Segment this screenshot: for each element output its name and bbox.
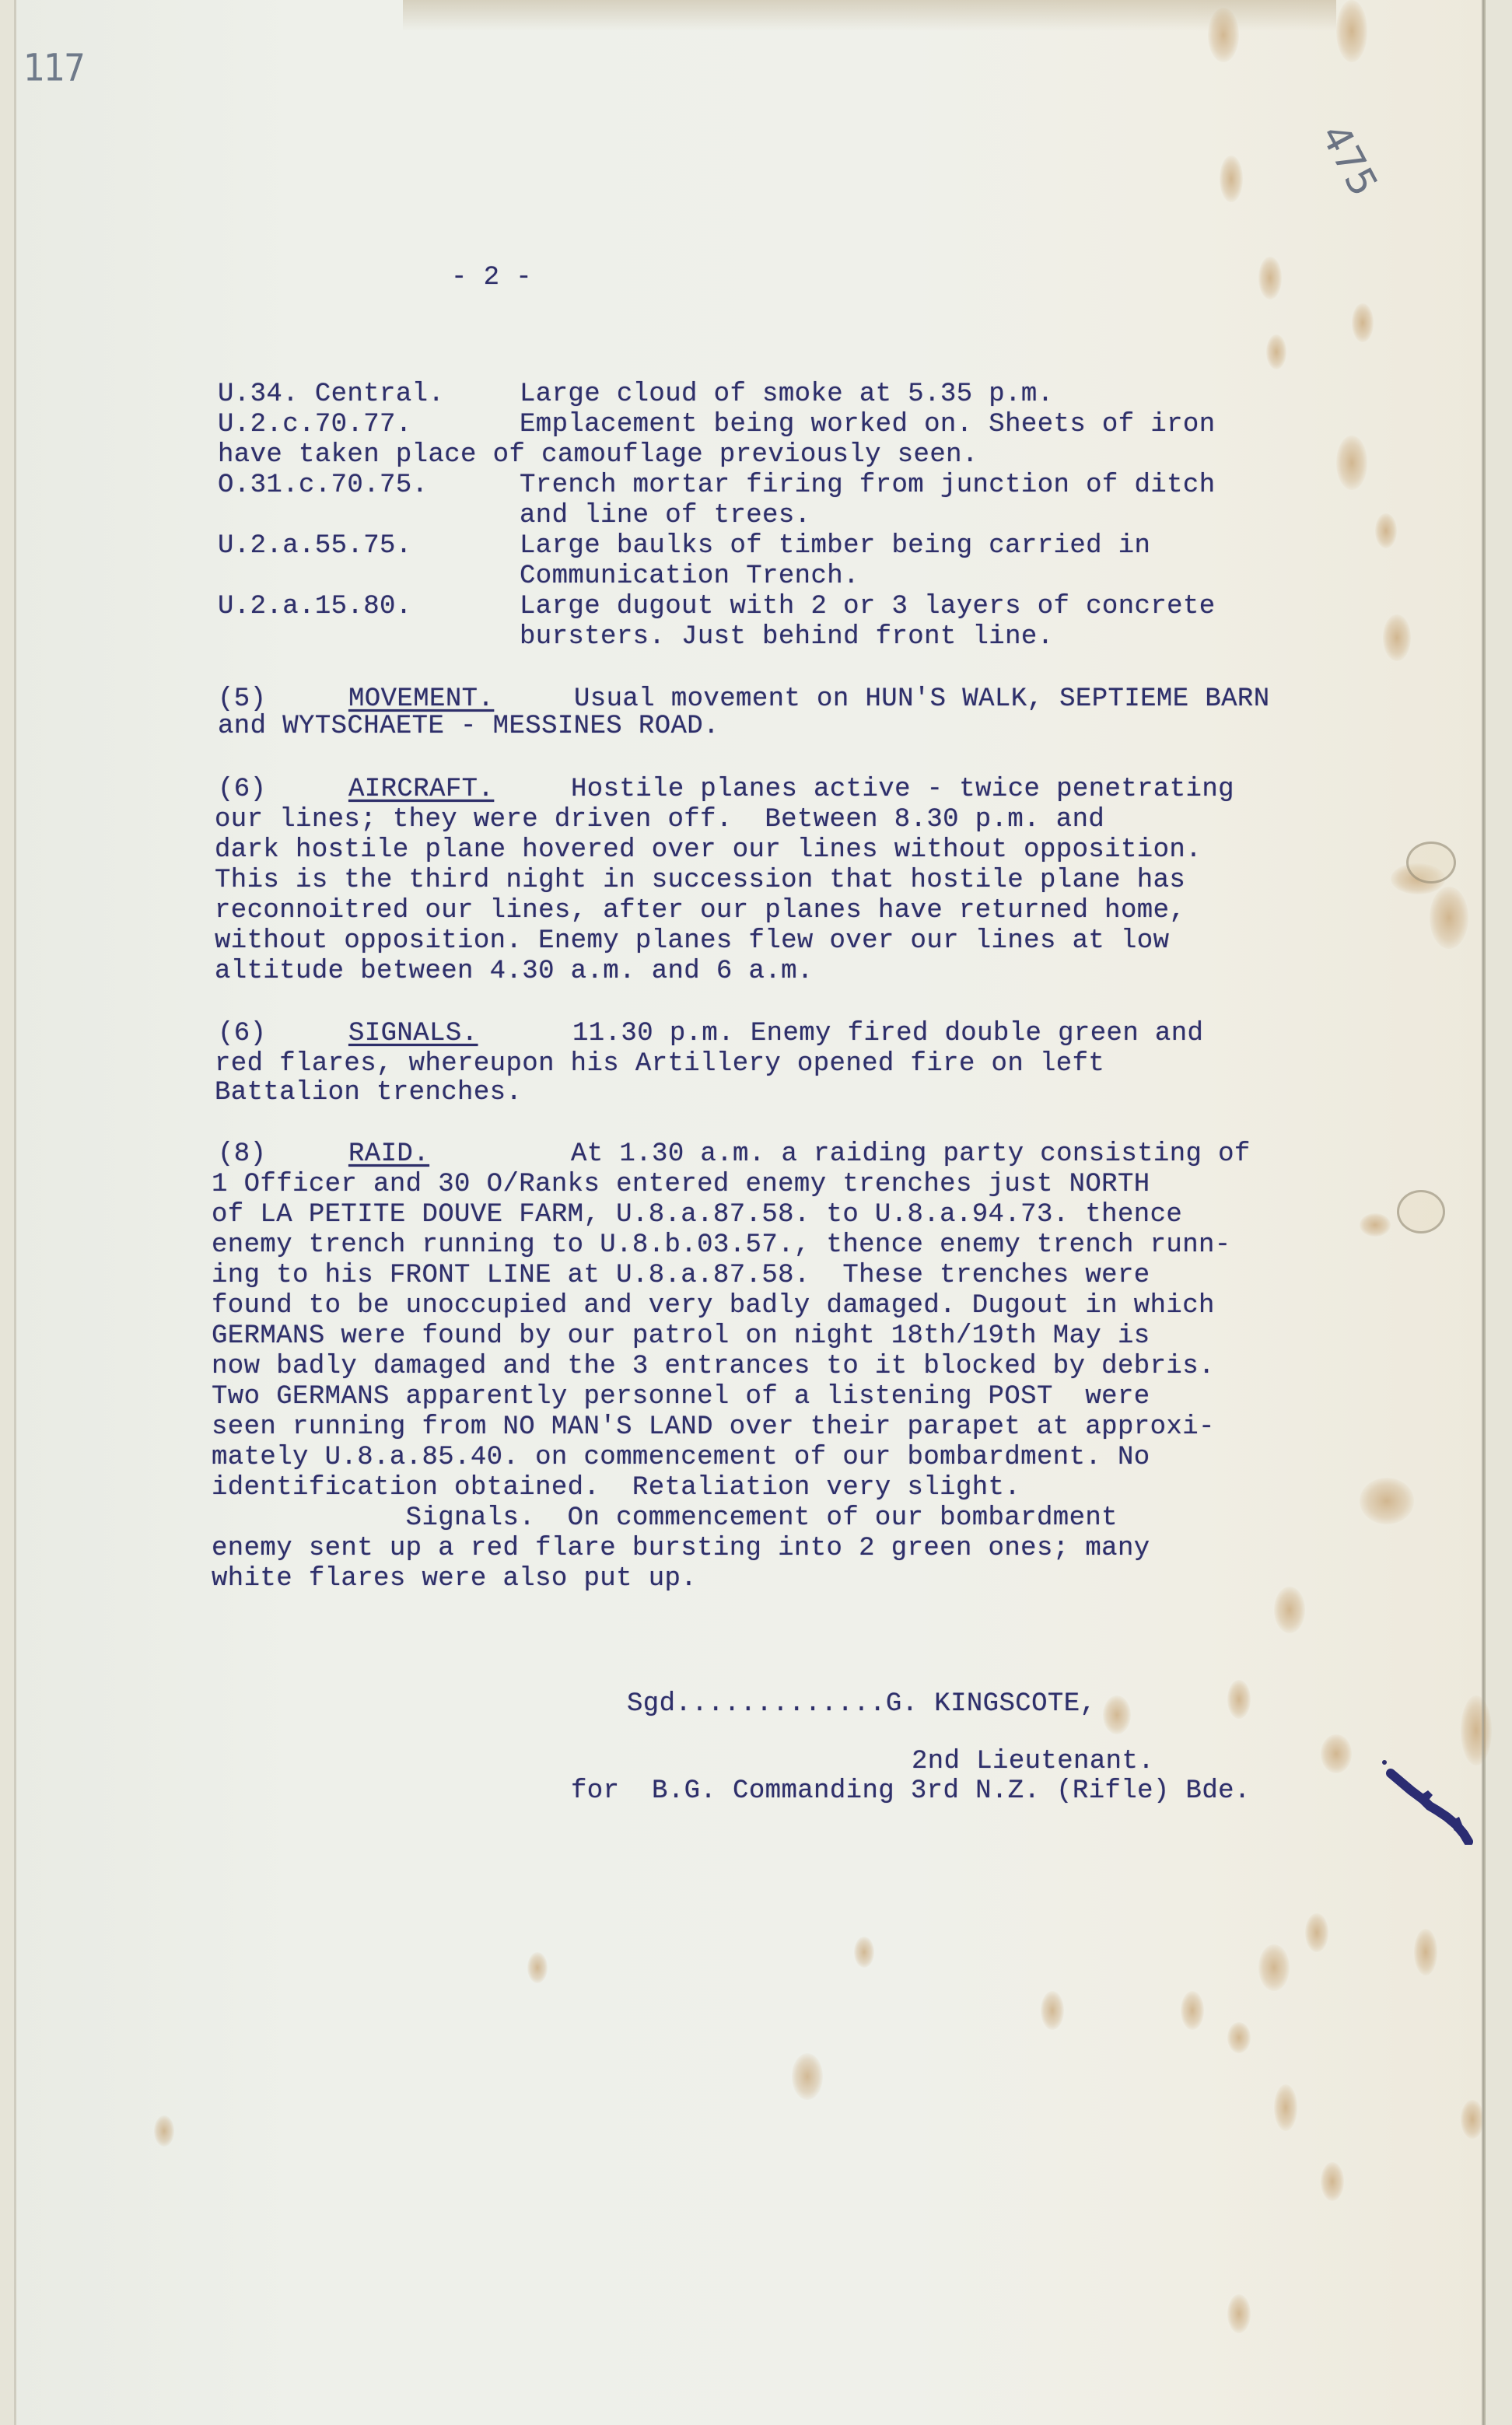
- section-line: 11.30 p.m. Enemy fired double green and: [572, 1019, 1203, 1049]
- foxing-spot: [792, 2053, 823, 2100]
- foxing-spot: [1360, 1478, 1414, 1524]
- observation-text: bursters. Just behind front line.: [520, 622, 1054, 653]
- foxing-spot: [1220, 156, 1243, 202]
- observation-coord: U.2.a.15.80.: [218, 592, 412, 622]
- observation-coord: U.34. Central.: [218, 380, 444, 410]
- foxing-spot: [1258, 1944, 1290, 1991]
- foxing-spot: [1321, 1734, 1352, 1773]
- section-line: GERMANS were found by our patrol on nigh…: [212, 1321, 1150, 1352]
- section-line: Hostile planes active - twice penetratin…: [571, 775, 1234, 805]
- observation-text: and line of trees.: [520, 501, 810, 531]
- foxing-spot: [1414, 1929, 1437, 1975]
- section-line: This is the third night in succession th…: [215, 866, 1185, 896]
- section-line: mately U.8.a.85.40. on commencement of o…: [212, 1443, 1150, 1473]
- foxing-spot: [1274, 2084, 1297, 2131]
- foxing-spot: [1103, 1695, 1131, 1734]
- observation-coord: O.31.c.70.75.: [218, 471, 428, 501]
- foxing-spot: [1461, 2100, 1484, 2139]
- section-heading: RAID.: [348, 1139, 429, 1170]
- section-line: Signals. On commencement of our bombardm…: [212, 1503, 1118, 1534]
- section-line: red flares, whereupon his Artillery open…: [215, 1049, 1104, 1080]
- section-line: enemy trench running to U.8.b.03.57., th…: [212, 1230, 1231, 1261]
- section-line: identification obtained. Retaliation ver…: [212, 1473, 1020, 1503]
- folio-number-left: 117: [23, 46, 84, 89]
- foxing-spot: [154, 2115, 174, 2147]
- foxing-spot: [1266, 334, 1286, 369]
- foxing-spot: [1383, 614, 1411, 661]
- section-line: ing to his FRONT LINE at U.8.a.87.58. Th…: [212, 1261, 1150, 1291]
- section-line: altitude between 4.30 a.m. and 6 a.m.: [215, 957, 814, 987]
- page-number: - 2 -: [451, 263, 532, 293]
- section-number: (5): [218, 684, 266, 715]
- signatory-rank: 2nd Lieutenant.: [912, 1747, 1154, 1777]
- observation-text: Large baulks of timber being carried in: [520, 531, 1150, 562]
- foxing-spot: [1321, 2162, 1344, 2201]
- stain-ring: [1397, 1190, 1445, 1233]
- page-edge: [1482, 0, 1484, 2425]
- section-line: without opposition. Enemy planes flew ov…: [215, 926, 1169, 957]
- section-line: and WYTSCHAETE - MESSINES ROAD.: [218, 712, 719, 742]
- section-line: found to be unoccupied and very badly da…: [212, 1291, 1215, 1321]
- paper-stain: [403, 0, 1336, 31]
- signatory-unit: for B.G. Commanding 3rd N.Z. (Rifle) Bde…: [571, 1776, 1251, 1807]
- foxing-spot: [1375, 513, 1397, 548]
- foxing-spot: [1352, 303, 1374, 342]
- section-heading: MOVEMENT.: [348, 684, 494, 715]
- observation-text: have taken place of camouflage previousl…: [218, 440, 978, 471]
- section-number: (6): [218, 775, 266, 805]
- section-heading: AIRCRAFT.: [348, 775, 494, 805]
- observation-text: Trench mortar firing from junction of di…: [520, 471, 1216, 501]
- section-number: (6): [218, 1019, 266, 1049]
- observation-text: Communication Trench.: [520, 562, 859, 592]
- foxing-spot: [1208, 8, 1239, 62]
- foxing-spot: [1305, 1913, 1328, 1952]
- observation-text: Emplacement being worked on. Sheets of i…: [520, 410, 1216, 440]
- ink-stamp-icon: [1375, 1759, 1476, 1845]
- observation-text: Large dugout with 2 or 3 layers of concr…: [520, 592, 1216, 622]
- foxing-spot: [1336, 0, 1367, 62]
- observation-text: Large cloud of smoke at 5.35 p.m.: [520, 380, 1054, 410]
- section-heading: SIGNALS.: [348, 1019, 478, 1049]
- foxing-spot: [1336, 436, 1367, 490]
- section-line: seen running from NO MAN'S LAND over the…: [212, 1412, 1215, 1443]
- observation-coord: U.2.a.55.75.: [218, 531, 412, 562]
- section-line: enemy sent up a red flare bursting into …: [212, 1534, 1150, 1564]
- foxing-spot: [1041, 1991, 1064, 2030]
- foxing-spot: [1258, 257, 1282, 299]
- section-line: our lines; they were driven off. Between…: [215, 805, 1104, 835]
- foxing-spot: [1227, 2022, 1251, 2053]
- section-number: (8): [218, 1139, 266, 1170]
- foxing-spot: [527, 1952, 548, 1983]
- section-line: of LA PETITE DOUVE FARM, U.8.a.87.58. to…: [212, 1200, 1182, 1230]
- foxing-spot: [1227, 1680, 1251, 1719]
- section-line: Usual movement on HUN'S WALK, SEPTIEME B…: [574, 684, 1270, 715]
- foxing-spot: [1227, 2294, 1251, 2333]
- section-line: dark hostile plane hovered over our line…: [215, 835, 1202, 866]
- foxing-spot: [1461, 1695, 1492, 1765]
- section-line: 1 Officer and 30 O/Ranks entered enemy t…: [212, 1170, 1150, 1200]
- foxing-spot: [1360, 1213, 1391, 1237]
- foxing-spot: [1430, 887, 1468, 949]
- foxing-spot: [854, 1937, 874, 1968]
- section-line: Battalion trenches.: [215, 1078, 522, 1108]
- signed-name: Sgd.............G. KINGSCOTE,: [627, 1689, 1096, 1720]
- section-line: reconnoitred our lines, after our planes…: [215, 896, 1185, 926]
- observation-coord: U.2.c.70.77.: [218, 410, 412, 440]
- foxing-spot: [1274, 1587, 1305, 1633]
- foxing-spot: [1181, 1991, 1204, 2030]
- section-line: now badly damaged and the 3 entrances to…: [212, 1352, 1215, 1382]
- section-line: Two GERMANS apparently personnel of a li…: [212, 1382, 1150, 1412]
- section-line: At 1.30 a.m. a raiding party consisting …: [571, 1139, 1251, 1170]
- section-line: white flares were also put up.: [212, 1564, 697, 1594]
- stain-ring: [1406, 842, 1456, 884]
